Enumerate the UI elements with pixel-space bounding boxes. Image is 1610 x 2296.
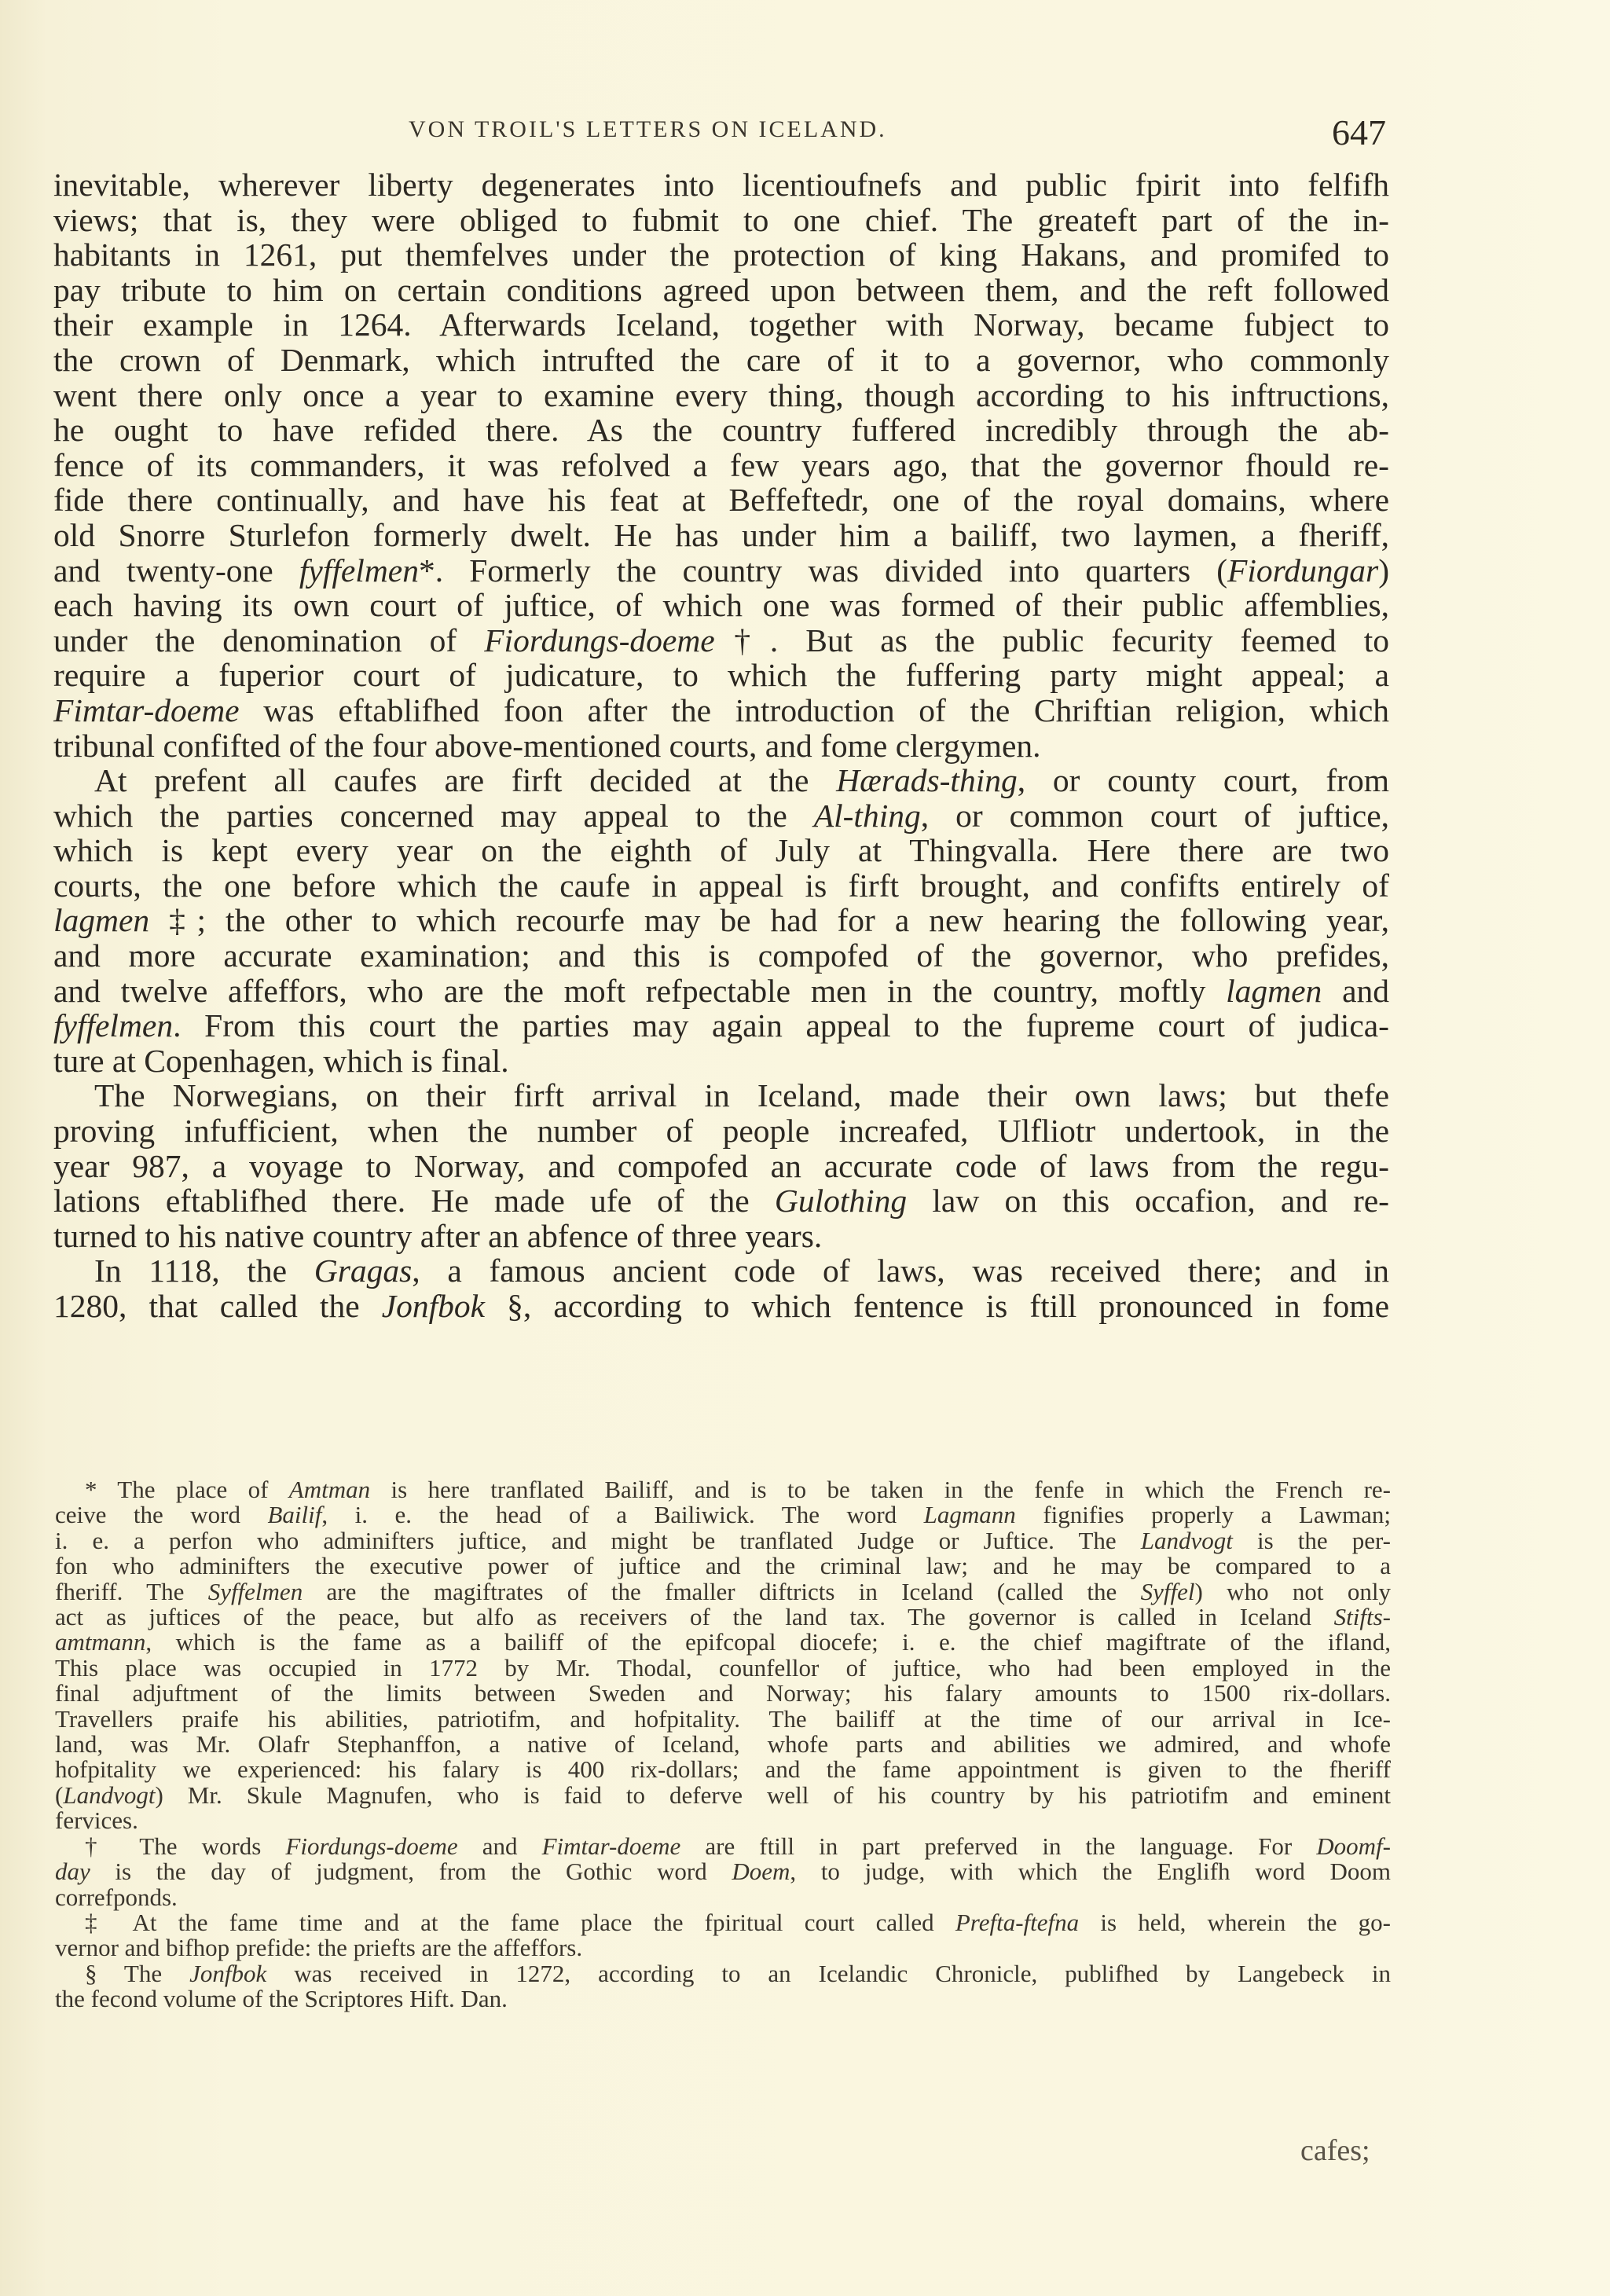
footnote-line: correfponds. (55, 1885, 1391, 1910)
italic-term: Fiordungar (1227, 552, 1378, 589)
text-line: views; that is, they were obliged to fub… (53, 203, 1389, 238)
text-line: habitants in 1261, put themfelves under … (53, 237, 1389, 273)
footnote-line: i. e. a perfon who adminifters juftice, … (55, 1528, 1391, 1553)
text-line: fide there continually, and have his fea… (53, 482, 1389, 518)
footnote-line: act as juftices of the peace, but alfo a… (55, 1605, 1391, 1630)
main-text: inevitable, wherever liberty degenerates… (53, 167, 1389, 1324)
italic-term: Syffelmen (208, 1578, 303, 1605)
running-title: Von Troil's Letters on Iceland. (409, 116, 887, 143)
italic-term: Gragas (314, 1253, 413, 1289)
footnote-line: fervices. (55, 1808, 1391, 1833)
italic-term: Fiordungs-doeme (285, 1832, 457, 1860)
text-line: At prefent all caufes are firft decided … (53, 763, 1389, 798)
italic-term: day (55, 1858, 90, 1885)
text-line: and twenty-one fyffelmen*. Formerly the … (53, 553, 1389, 589)
text-line: In 1118, the Gragas, a famous ancient co… (53, 1253, 1389, 1289)
text-line: old Snorre Sturlefon formerly dwelt. He … (53, 518, 1389, 553)
text-line: the crown of Denmark, which intrufted th… (53, 343, 1389, 378)
italic-term: Lagmann (924, 1501, 1016, 1528)
text-line: and twelve affeffors, who are the moft r… (53, 974, 1389, 1009)
text-line: Fimtar-doeme was eftablifhed foon after … (53, 693, 1389, 728)
italic-term: Prefta-ftefna (955, 1909, 1079, 1936)
text-line: he ought to have refided there. As the c… (53, 413, 1389, 448)
italic-term: Fimtar-doeme (542, 1832, 681, 1860)
footnote-line: land, was Mr. Olafr Stephanffon, a nativ… (55, 1732, 1391, 1757)
text-line: fyffelmen. From this court the parties m… (53, 1008, 1389, 1043)
catchword: cafes; (1300, 2133, 1370, 2168)
italic-term: Al-thing (814, 798, 921, 834)
text-line: turned to his native country after an ab… (53, 1219, 1389, 1254)
footnote-line: vernor and bifhop prefide: the priefts a… (55, 1935, 1391, 1960)
footnote-line: the fecond volume of the Scriptores Hift… (55, 1986, 1391, 2012)
footnote-line: † The words Fiordungs-doeme and Fimtar-d… (55, 1834, 1391, 1859)
footnotes: * The place of Amtman is here tranflated… (55, 1477, 1391, 2012)
page-header: Von Troil's Letters on Iceland. 647 (0, 116, 1610, 163)
italic-term: Doem (732, 1858, 790, 1885)
italic-term: Bailif (268, 1501, 322, 1528)
italic-term: Doomf- (1316, 1832, 1391, 1860)
text-line: lagmen ‡; the other to which recourfe ma… (53, 903, 1389, 938)
text-line: The Norwegians, on their firft arrival i… (53, 1078, 1389, 1113)
text-line: went there only once a year to examine e… (53, 378, 1389, 413)
italic-term: Stifts- (1334, 1603, 1391, 1630)
text-line: which the parties concerned may appeal t… (53, 798, 1389, 834)
italic-term: Gulothing (775, 1183, 907, 1219)
text-line: each having its own court of juftice, of… (53, 588, 1389, 623)
italic-term: lagmen (53, 902, 149, 938)
italic-term: Syffel (1141, 1578, 1195, 1605)
footnote-line: fheriff. The Syffelmen are the magiftrat… (55, 1579, 1391, 1605)
italic-term: Fimtar-doeme (53, 692, 240, 728)
text-line: under the denomination of Fiordungs-doem… (53, 623, 1389, 658)
italic-term: amtmann (55, 1628, 145, 1656)
text-line: their example in 1264. Afterwards Icelan… (53, 307, 1389, 343)
italic-term: Jonfbok (382, 1288, 485, 1324)
book-page: Von Troil's Letters on Iceland. 647 inev… (0, 0, 1610, 2296)
text-line: and more accurate examination; and this … (53, 938, 1389, 974)
italic-term: lagmen (1226, 973, 1322, 1009)
text-line: courts, the one before which the caufe i… (53, 868, 1389, 904)
text-line: year 987, a voyage to Norway, and compof… (53, 1149, 1389, 1184)
italic-term: Hærads-thing (836, 762, 1018, 798)
footnote-line: fon who adminifters the executive power … (55, 1553, 1391, 1579)
italic-term: Fiordungs-doeme (484, 622, 715, 658)
italic-term: Landvogt (1141, 1527, 1233, 1554)
italic-term: Landvogt (63, 1781, 155, 1809)
text-line: 1280, that called the Jonfbok §, accordi… (53, 1289, 1389, 1324)
text-line: pay tribute to him on certain conditions… (53, 273, 1389, 308)
text-line: inevitable, wherever liberty degenerates… (53, 167, 1389, 203)
text-line: require a fuperior court of judicature, … (53, 658, 1389, 693)
footnote-line: This place was occupied in 1772 by Mr. T… (55, 1656, 1391, 1681)
footnote-line: * The place of Amtman is here tranflated… (55, 1477, 1391, 1502)
italic-term: fyffelmen (299, 552, 419, 589)
footnote-line: ceive the word Bailif, i. e. the head of… (55, 1502, 1391, 1528)
footnote-line: Travellers praife his abilities, patriot… (55, 1707, 1391, 1732)
text-line: tribunal confifted of the four above-men… (53, 728, 1389, 764)
footnote-line: hofpitality we experienced: his falary i… (55, 1757, 1391, 1782)
footnote-line: § The Jonfbok was received in 1272, acco… (55, 1961, 1391, 1986)
footnote-line: ‡ At the fame time and at the fame place… (55, 1910, 1391, 1935)
text-line: which is kept every year on the eighth o… (53, 833, 1389, 868)
page-number: 647 (1332, 112, 1386, 153)
text-line: ture at Copenhagen, which is final. (53, 1043, 1389, 1079)
text-line: fence of its commanders, it was refolved… (53, 448, 1389, 483)
text-line: lations eftablifhed there. He made ufe o… (53, 1183, 1389, 1219)
footnote-line: day is the day of judgment, from the Got… (55, 1859, 1391, 1884)
footnote-line: final adjuftment of the limits between S… (55, 1681, 1391, 1706)
italic-term: Jonfbok (189, 1960, 266, 1987)
text-line: proving infufficient, when the number of… (53, 1113, 1389, 1149)
italic-term: fyffelmen (53, 1007, 173, 1043)
footnote-line: amtmann, which is the fame as a bailiff … (55, 1630, 1391, 1655)
italic-term: Amtman (289, 1476, 370, 1503)
footnote-line: (Landvogt) Mr. Skule Magnufen, who is fa… (55, 1783, 1391, 1808)
